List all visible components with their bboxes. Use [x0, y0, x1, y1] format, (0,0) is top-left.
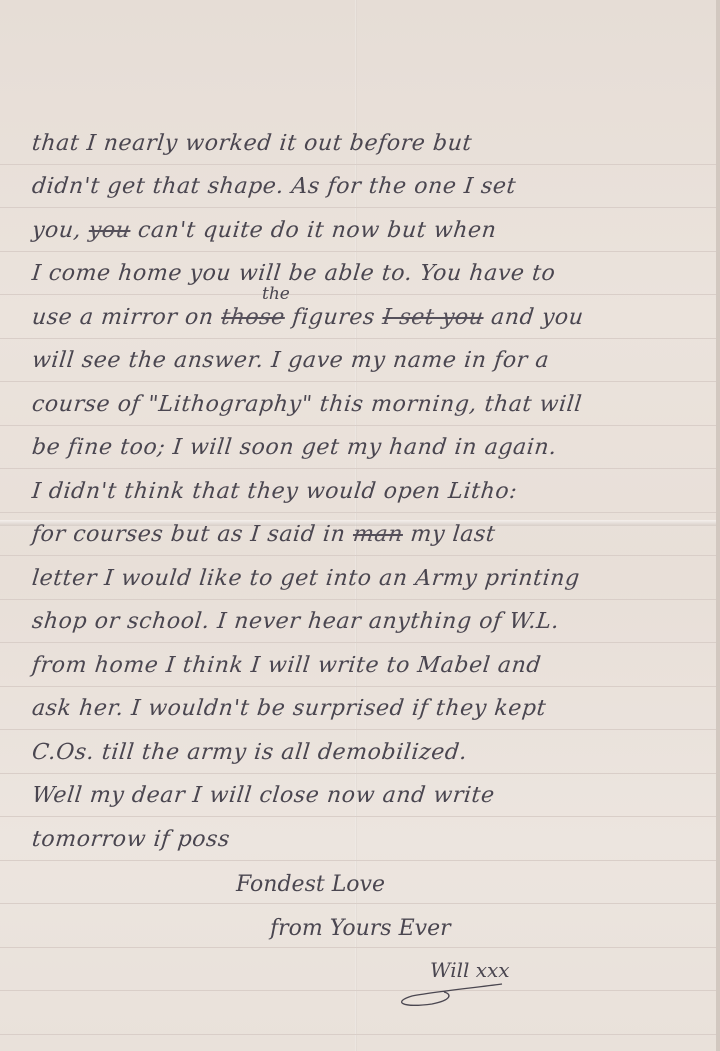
- letter-line: use a mirror on those figures I set you …: [31, 305, 585, 330]
- ruled-line: [0, 512, 716, 513]
- letter-line: C.Os. till the army is all demobilized.: [31, 740, 469, 765]
- struck-text: man: [352, 522, 405, 547]
- letter-line: tomorrow if poss: [31, 827, 232, 852]
- line-text: and you: [482, 305, 585, 330]
- letter-line: from home I think I will write to Mabel …: [31, 653, 543, 678]
- ruled-line: [0, 294, 716, 295]
- ruled-line: [0, 642, 716, 643]
- ruled-line: [0, 381, 716, 382]
- letter-line: letter I would like to get into an Army …: [31, 566, 581, 591]
- letter-line: shop or school. I never hear anything of…: [31, 609, 561, 634]
- signature-flourish: [392, 980, 512, 1010]
- ruled-line: [0, 990, 716, 991]
- closing-from: from Yours Ever: [270, 916, 451, 941]
- letter-line: you, you can't quite do it now but when: [31, 218, 498, 243]
- line-text: for courses but as I said in: [31, 522, 355, 547]
- ruled-line: [0, 251, 716, 252]
- ruled-line: [0, 164, 716, 165]
- paper-edge: [716, 0, 720, 1051]
- line-text: can't quite do it now but when: [129, 218, 498, 243]
- letter-line: for courses but as I said in man my last: [31, 522, 497, 547]
- struck-text: I set you: [381, 305, 485, 330]
- ruled-line: [0, 860, 716, 861]
- letter-page: that I nearly worked it out before but d…: [0, 0, 716, 1051]
- line-text: you,: [31, 218, 90, 243]
- letter-line: I come home you will be able to. You hav…: [31, 261, 557, 286]
- ruled-line: [0, 468, 716, 469]
- ruled-line: [0, 555, 716, 556]
- ruled-line: [0, 599, 716, 600]
- letter-line: be fine too; I will soon get my hand in …: [31, 435, 558, 460]
- ruled-line: [0, 1034, 716, 1035]
- ruled-line: [0, 773, 716, 774]
- line-text: figures: [284, 305, 384, 330]
- letter-line: ask her. I wouldn't be surprised if they…: [31, 696, 548, 721]
- ruled-line: [0, 686, 716, 687]
- ruled-line: [0, 729, 716, 730]
- letter-line: I didn't think that they would open Lith…: [31, 479, 519, 504]
- ruled-line: [0, 425, 716, 426]
- letter-line: that I nearly worked it out before but: [31, 131, 474, 156]
- ruled-line: [0, 207, 716, 208]
- ruled-line: [0, 947, 716, 948]
- ruled-line: [0, 903, 716, 904]
- ruled-line: [0, 816, 716, 817]
- signature: Will xxx: [430, 958, 510, 982]
- closing-salutation: Fondest Love: [236, 872, 385, 897]
- ruled-line: [0, 338, 716, 339]
- inserted-word: the: [262, 284, 290, 304]
- letter-line: Well my dear I will close now and write: [31, 783, 496, 808]
- struck-text: those: [220, 305, 286, 330]
- letter-line: didn't get that shape. As for the one I …: [31, 174, 518, 199]
- letter-line: will see the answer. I gave my name in f…: [31, 348, 551, 373]
- struck-text: you: [88, 218, 132, 243]
- letter-line: course of "Lithography" this morning, th…: [31, 392, 584, 417]
- line-text: my last: [402, 522, 497, 547]
- line-text: use a mirror on: [31, 305, 223, 330]
